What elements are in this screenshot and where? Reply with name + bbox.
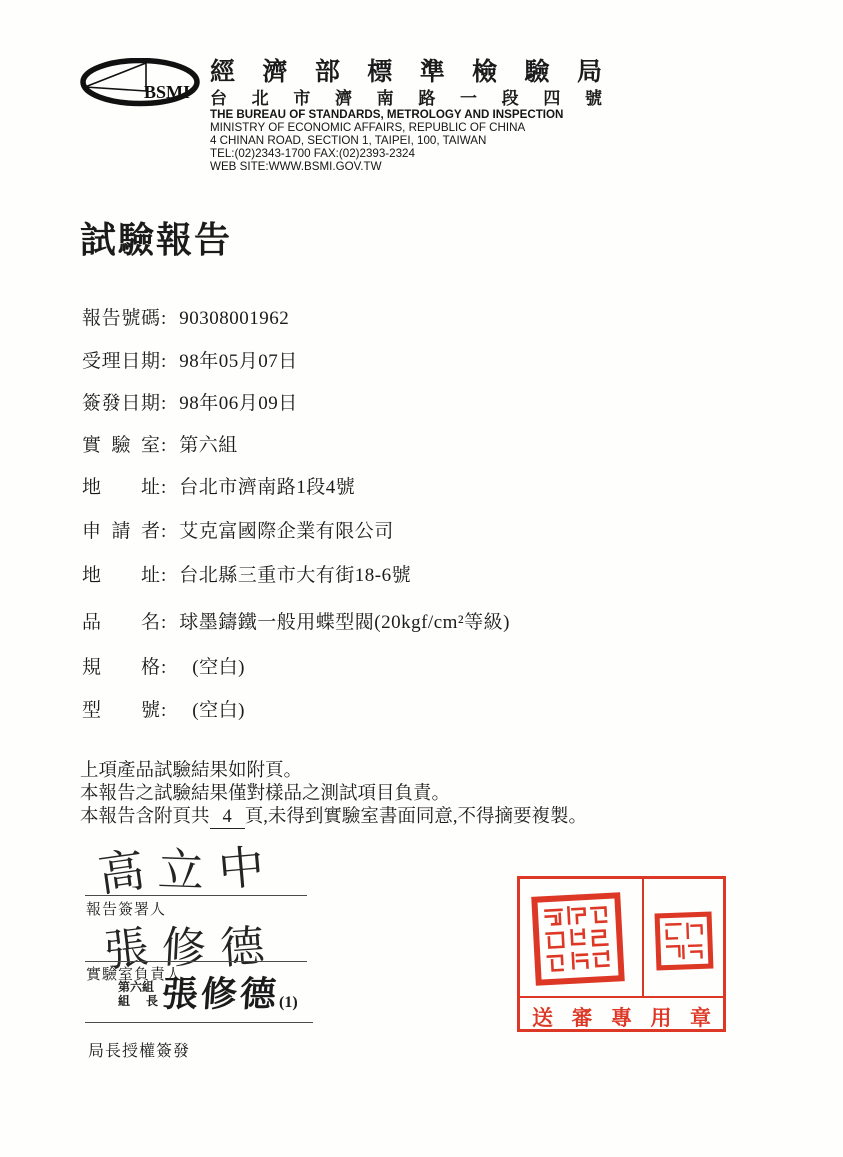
field-row-applicant: 申請者:艾克富國際企業有限公司	[82, 516, 394, 543]
attachment-page-count: 4	[210, 808, 245, 829]
field-row-applicant-address: 地址:台北縣三重市大有街18-6號	[82, 560, 411, 587]
field-label: 受理日期	[82, 346, 160, 373]
field-label: 申請者	[82, 516, 160, 543]
field-row-issue-date: 簽發日期:98年06月09日	[82, 388, 298, 415]
signature-report-signer: 高立中	[97, 831, 279, 903]
field-colon: :	[161, 565, 166, 586]
field-row-model: 型號:(空白)	[82, 695, 245, 722]
field-value: 第六組	[179, 435, 238, 456]
stamp-box-divider-vertical	[642, 879, 644, 996]
field-value: (空白)	[192, 657, 245, 678]
note-line-3: 本報告含附頁共4頁,未得到實驗室書面同意,不得摘要複製。	[80, 802, 587, 829]
official-seal-icon	[531, 892, 626, 987]
signature-line	[85, 1022, 313, 1023]
field-label: 型號	[82, 695, 160, 722]
agency-name-cn: 經濟部標準檢驗局	[210, 52, 602, 88]
personal-seal-icon	[654, 911, 714, 971]
field-row-laboratory: 實驗室:第六組	[82, 430, 238, 457]
field-label: 品名	[82, 607, 160, 634]
field-value: 艾克富國際企業有限公司	[179, 521, 394, 542]
field-label: 地址	[82, 560, 160, 587]
field-colon: :	[161, 435, 166, 456]
field-value: 台北縣三重市大有街18-6號	[179, 565, 411, 586]
field-row-accept-date: 受理日期:98年05月07日	[82, 346, 298, 373]
field-colon: :	[161, 521, 166, 542]
field-value: 台北市濟南路1段4號	[179, 477, 355, 498]
field-label: 實驗室	[82, 430, 160, 457]
field-colon: :	[161, 393, 166, 414]
submission-stamp-label: 送審專用章	[532, 1002, 711, 1032]
website-line: WEB SITE:WWW.BSMI.GOV.TW	[210, 160, 690, 173]
field-colon: :	[161, 612, 166, 633]
field-colon: :	[161, 351, 166, 372]
stamp-role: 組長	[118, 994, 158, 1008]
field-row-specification: 規格:(空白)	[82, 652, 245, 679]
field-row-product-name: 品名:球墨鑄鐵一般用蝶型閥(20kgf/cm²等級)	[82, 607, 510, 634]
stamp-group: 第六組	[118, 980, 158, 994]
stamp-box-divider-horizontal	[520, 996, 723, 998]
note-line-3-prefix: 本報告含附頁共	[80, 807, 210, 827]
field-colon: :	[161, 308, 166, 329]
field-label: 簽發日期	[82, 388, 160, 415]
stamp-suffix: (1)	[279, 994, 298, 1012]
stamp-group-role: 第六組 組長	[118, 980, 158, 1008]
field-row-lab-address: 地址:台北市濟南路1段4號	[82, 472, 355, 499]
stamp-name: 張修德	[161, 974, 281, 1013]
field-colon: :	[161, 477, 166, 498]
agency-address-cn: 台北市濟南路一段四號	[210, 84, 602, 109]
signature-line	[85, 961, 307, 962]
field-value: 98年05月07日	[179, 351, 298, 372]
agency-name-en: THE BUREAU OF STANDARDS, METROLOGY AND I…	[210, 108, 690, 121]
address-line-en: 4 CHINAN ROAD, SECTION 1, TAIPEI, 100, T…	[210, 134, 690, 147]
svg-text:BSMI: BSMI	[144, 82, 190, 102]
field-row-report-number: 報告號碼:90308001962	[82, 303, 289, 330]
document-title: 試驗報告	[80, 212, 232, 263]
field-label: 規格	[82, 652, 160, 679]
field-colon: :	[161, 700, 166, 721]
lab-head-name-stamp: 第六組 組長 張修德 (1)	[118, 974, 298, 1014]
note-line-3-suffix: 頁,未得到實驗室書面同意,不得摘要複製。	[245, 807, 587, 827]
field-label: 報告號碼	[82, 303, 160, 330]
field-value: 98年06月09日	[179, 393, 298, 414]
agency-info-en: THE BUREAU OF STANDARDS, METROLOGY AND I…	[210, 108, 690, 173]
field-value: 90308001962	[179, 308, 289, 329]
field-value: 球墨鑄鐵一般用蝶型閥(20kgf/cm²等級)	[179, 612, 510, 633]
field-label: 地址	[82, 472, 160, 499]
ministry-line: MINISTRY OF ECONOMIC AFFAIRS, REPUBLIC O…	[210, 121, 690, 134]
director-authorization-label: 局長授權簽發	[88, 1038, 190, 1061]
signature-line	[85, 895, 307, 896]
document-page: BSMI 經濟部標準檢驗局 台北市濟南路一段四號 THE BUREAU OF S…	[0, 0, 843, 1157]
bsmi-logo-icon: BSMI	[80, 58, 202, 108]
field-colon: :	[161, 657, 166, 678]
tel-fax-line: TEL:(02)2343-1700 FAX:(02)2393-2324	[210, 147, 690, 160]
field-value: (空白)	[192, 700, 245, 721]
submission-stamp-box: 送審專用章	[517, 876, 726, 1032]
